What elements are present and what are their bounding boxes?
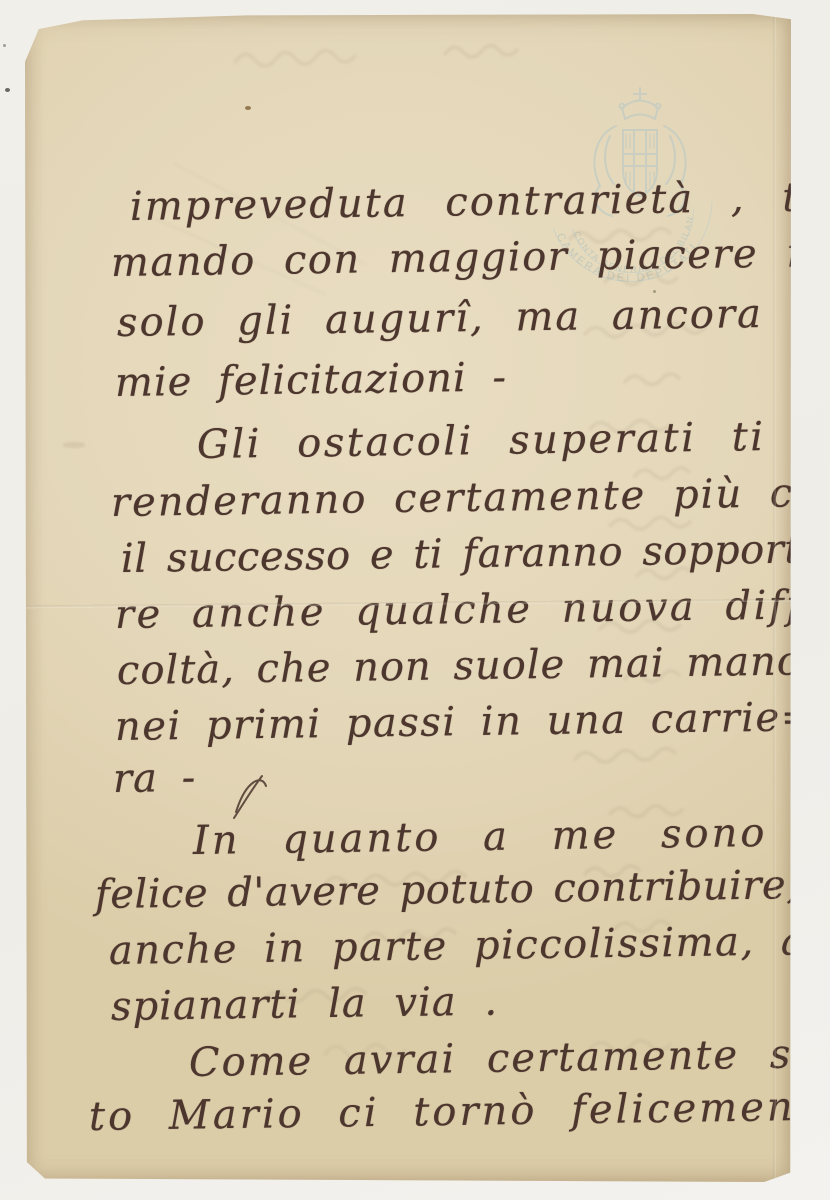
handwritten-line: mie felicitazioni - [115, 355, 508, 406]
handwritten-line: spianarti la via . [111, 979, 499, 1030]
handwritten-line: nei primi passi in una carrie= [115, 694, 816, 750]
handwritten-line: felice d'avere potuto contribuire, [95, 862, 800, 918]
handwritten-line: In quanto a me sono [193, 810, 768, 864]
handwritten-line: ra - [113, 755, 197, 802]
photo-background: CAMERA DEI DEPUTATI CONTA GENERALE DEL B… [0, 0, 830, 1200]
fold-crease-vertical [773, 14, 776, 1182]
handwritten-line: Come avrai certamente sapu= [189, 1030, 830, 1086]
paper-speck [245, 106, 251, 110]
handwritten-line: anche in parte piccolissima, a [109, 918, 807, 974]
pen-flourish [230, 770, 274, 826]
letter-page: CAMERA DEI DEPUTATI CONTA GENERALE DEL B… [25, 14, 791, 1182]
background-speck [5, 88, 10, 92]
handwritten-line: Gli ostacoli superati ti [197, 414, 766, 468]
handwritten-line: coltà, che non suole mai mancare [117, 637, 830, 694]
paper-smudge [63, 442, 85, 448]
handwritten-line: impreveduta contrarietà , ti [130, 174, 816, 230]
background-speck [3, 44, 6, 47]
handwritten-line: il successo e ti faranno sopporta= [121, 526, 830, 582]
